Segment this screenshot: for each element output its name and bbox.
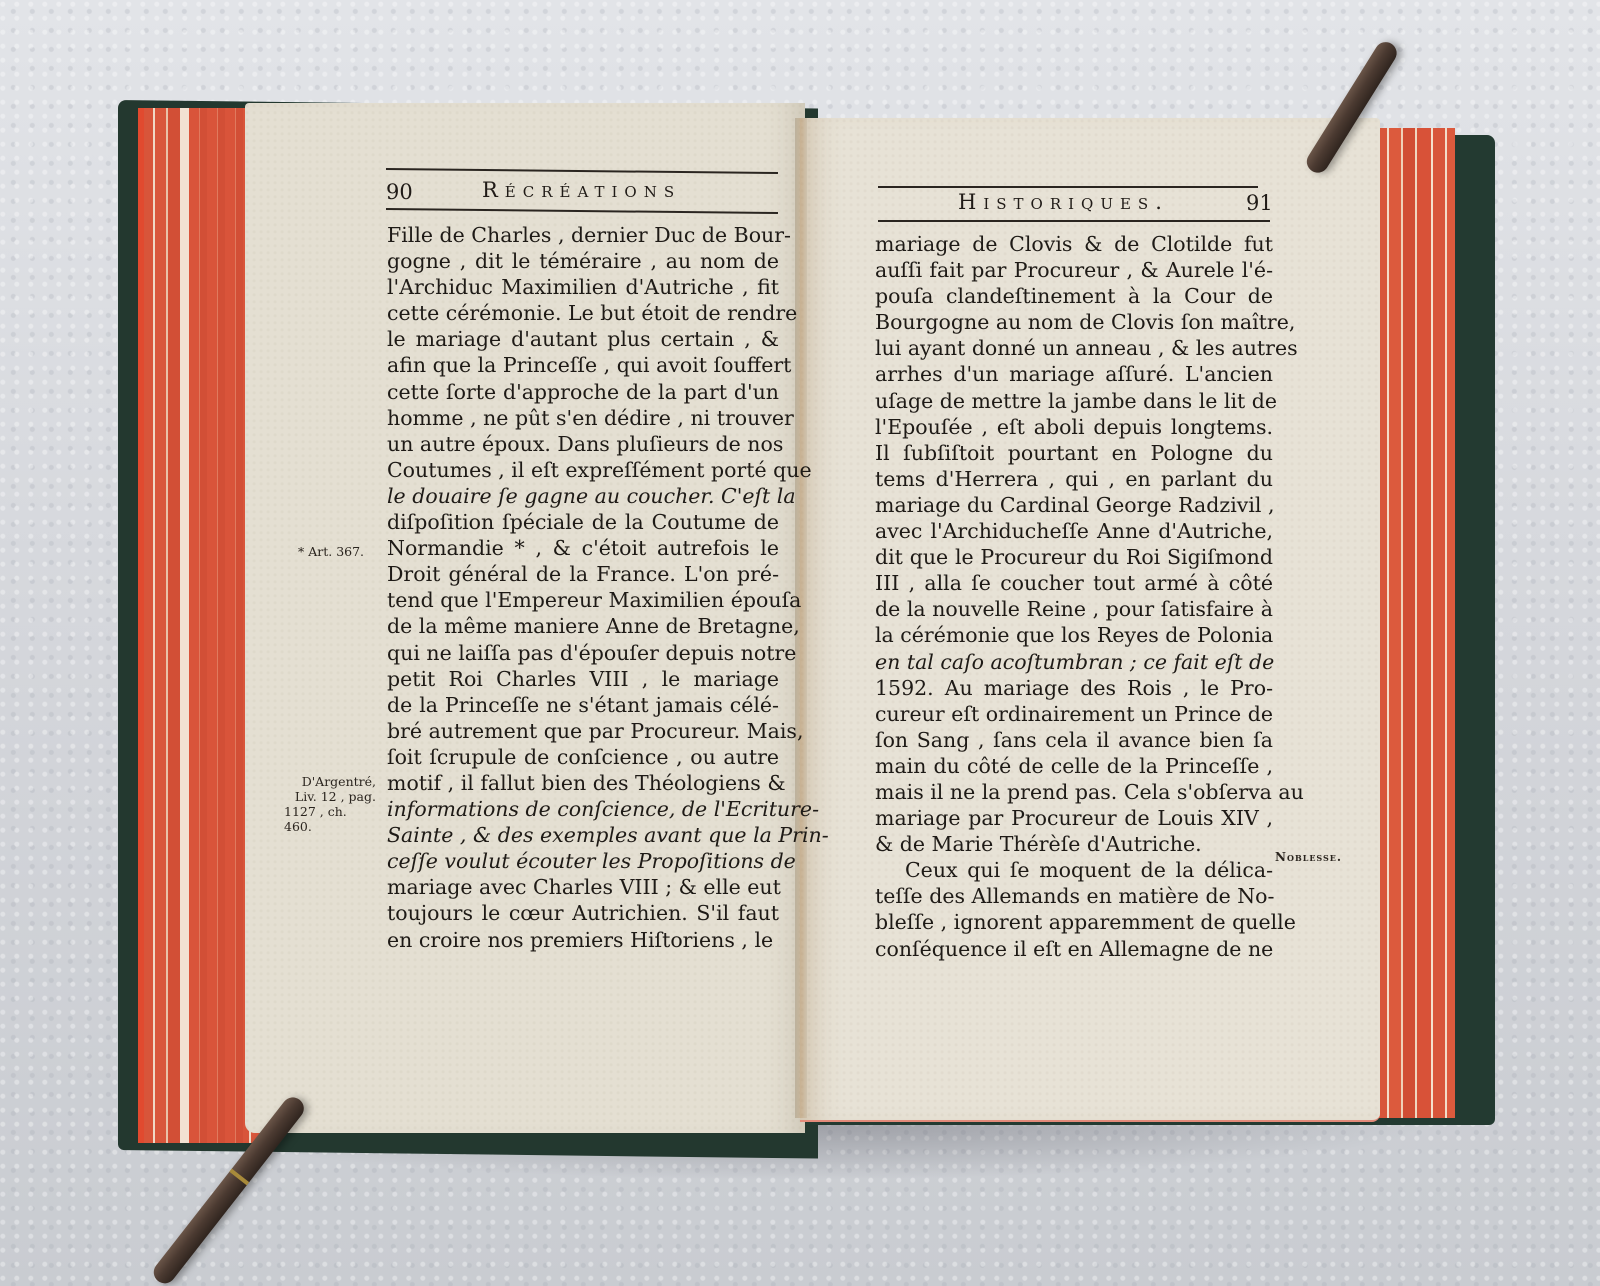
text-line: petit Roi Charles VIII , le mariage [387,666,779,692]
text-line: Normandie * , & c'étoit autrefois le [387,535,779,561]
margin-note-noblesse: Noblesse. [1275,850,1342,865]
margin-note-line: * Art. 367. [298,544,364,559]
text-line: dit que le Procureur du Roi Sigiſmond [875,544,1273,570]
text-line: & de Marie Thérèſe d'Autriche. [875,831,1273,857]
text-line: mariage par Procureur de Louis XIV , [875,805,1273,831]
margin-note-line: D'Argentré, [284,774,376,789]
text-line: mariage de Clovis & de Clotilde fut [875,231,1273,257]
text-line: pouſa clandeſtinement à la Cour de [875,283,1273,309]
text-line: conſéquence il eſt en Allemagne de ne [875,936,1273,962]
text-line-italic: Sainte , & des exemples avant que la Pri… [387,822,779,848]
text-line: un autre époux. Dans pluſieurs de nos [387,431,779,457]
margin-note-citation: D'Argentré, Liv. 12 , pag. 1127 , ch. 46… [284,774,376,834]
text-line: motif , il fallut bien des Théologiens & [387,770,779,796]
running-head-right: Historiques. [958,190,1169,214]
folio-right: 91 [1246,191,1273,215]
text-line-italic: le douaire ſe gagne au coucher. C'eſt la [387,483,779,509]
right-page-body: mariage de Clovis & de Clotilde fut auſſ… [875,231,1273,962]
head-rule-bottom-right [878,220,1270,222]
text-line: toujours le cœur Autrichien. S'il faut [387,900,779,926]
text-line: cette cérémonie. Le but étoit de rendre [387,300,779,326]
text-line: III , alla ſe coucher tout armé à côté [875,570,1273,596]
margin-note-line: Liv. 12 , pag. [284,789,376,804]
text-line-italic: ceſſe voulut écouter les Propoſitions de [387,848,779,874]
margin-note-article: * Art. 367. [298,544,364,559]
text-line: le mariage d'autant plus certain , & [387,326,779,352]
text-line: teſſe des Allemands en matière de No- [875,883,1273,909]
text-line-paragraph-start: Ceux qui ſe moquent de la délica- [875,857,1273,883]
text-line: arrhes d'un mariage aſſuré. L'ancien [875,361,1273,387]
text-line: diſpoſition ſpéciale de la Coutume de [387,509,779,535]
margin-note-line: Noblesse. [1275,850,1342,864]
head-rule-top-right [878,186,1258,188]
text-line: homme , ne pût s'en dédire , ni trouver [387,405,779,431]
margin-note-line: 460. [284,819,376,834]
text-line: gogne , dit le téméraire , au nom de [387,248,779,274]
text-line: cette ſorte d'approche de la part d'un [387,379,779,405]
text-line: auſſi fait par Procureur , & Aurele l'é- [875,257,1273,283]
text-line: de la Princeſſe ne s'étant jamais célé- [387,692,779,718]
text-line: afin que la Princeſſe , qui avoit ſouffe… [387,352,779,378]
text-line: Coutumes , il eſt expreſſément porté que [387,457,779,483]
text-line: bré autrement que par Procureur. Mais, [387,718,779,744]
text-line: tend que l'Empereur Maximilien épouſa [387,587,779,613]
text-line: qui ne laiſſa pas d'épouſer depuis notre [387,640,779,666]
text-line: Fille de Charles , dernier Duc de Bour- [387,222,779,248]
text-line: lui ayant donné un anneau , & les autres [875,335,1273,361]
text-line: la cérémonie que los Reyes de Polonia [875,622,1273,648]
text-line: ſoit ſcrupule de conſcience , ou autre [387,744,779,770]
page-edges-right [1375,128,1455,1118]
text-line: mariage avec Charles VIII ; & elle eut [387,874,779,900]
text-line: cureur eſt ordinairement un Prince de [875,701,1273,727]
text-line-italic: informations de conſcience, de l'Ecritur… [387,796,779,822]
text-line: l'Archiduc Maximilien d'Autriche , fit [387,274,779,300]
running-head-left: Récréations [482,178,681,202]
text-line: Il ſubſiſtoit pourtant en Pologne du [875,440,1273,466]
text-line: mais il ne la prend pas. Cela s'obſerva … [875,779,1273,805]
text-line: main du côté de celle de la Princeſſe , [875,753,1273,779]
left-page-body: Fille de Charles , dernier Duc de Bour- … [387,222,779,953]
text-line: Droit général de la France. L'on pré- [387,561,779,587]
folio-left: 90 [386,180,413,204]
margin-note-line: 1127 , ch. [284,804,376,819]
text-line: avec l'Archiducheſſe Anne d'Autriche, [875,518,1273,544]
text-line: de la même maniere Anne de Bretagne, [387,613,779,639]
text-line: de la nouvelle Reine , pour ſatisfaire à [875,596,1273,622]
text-line: ſon Sang , ſans cela il avance bien ſa [875,727,1273,753]
text-line: en croire nos premiers Hiſtoriens , le [387,927,779,953]
text-line: mariage du Cardinal George Radzivil , [875,492,1273,518]
text-line: uſage de mettre la jambe dans le lit de [875,388,1273,414]
text-line: tems d'Herrera , qui , en parlant du [875,466,1273,492]
text-line: Bourgogne au nom de Clovis ſon maître, [875,309,1273,335]
text-line: l'Epouſée , eſt aboli depuis longtems. [875,414,1273,440]
text-line-italic: en tal caſo acoſtumbran ; ce fait eſt de [875,649,1273,675]
text-line: 1592. Au mariage des Rois , le Pro- [875,675,1273,701]
text-line: bleſſe , ignorent apparemment de quelle [875,909,1273,935]
